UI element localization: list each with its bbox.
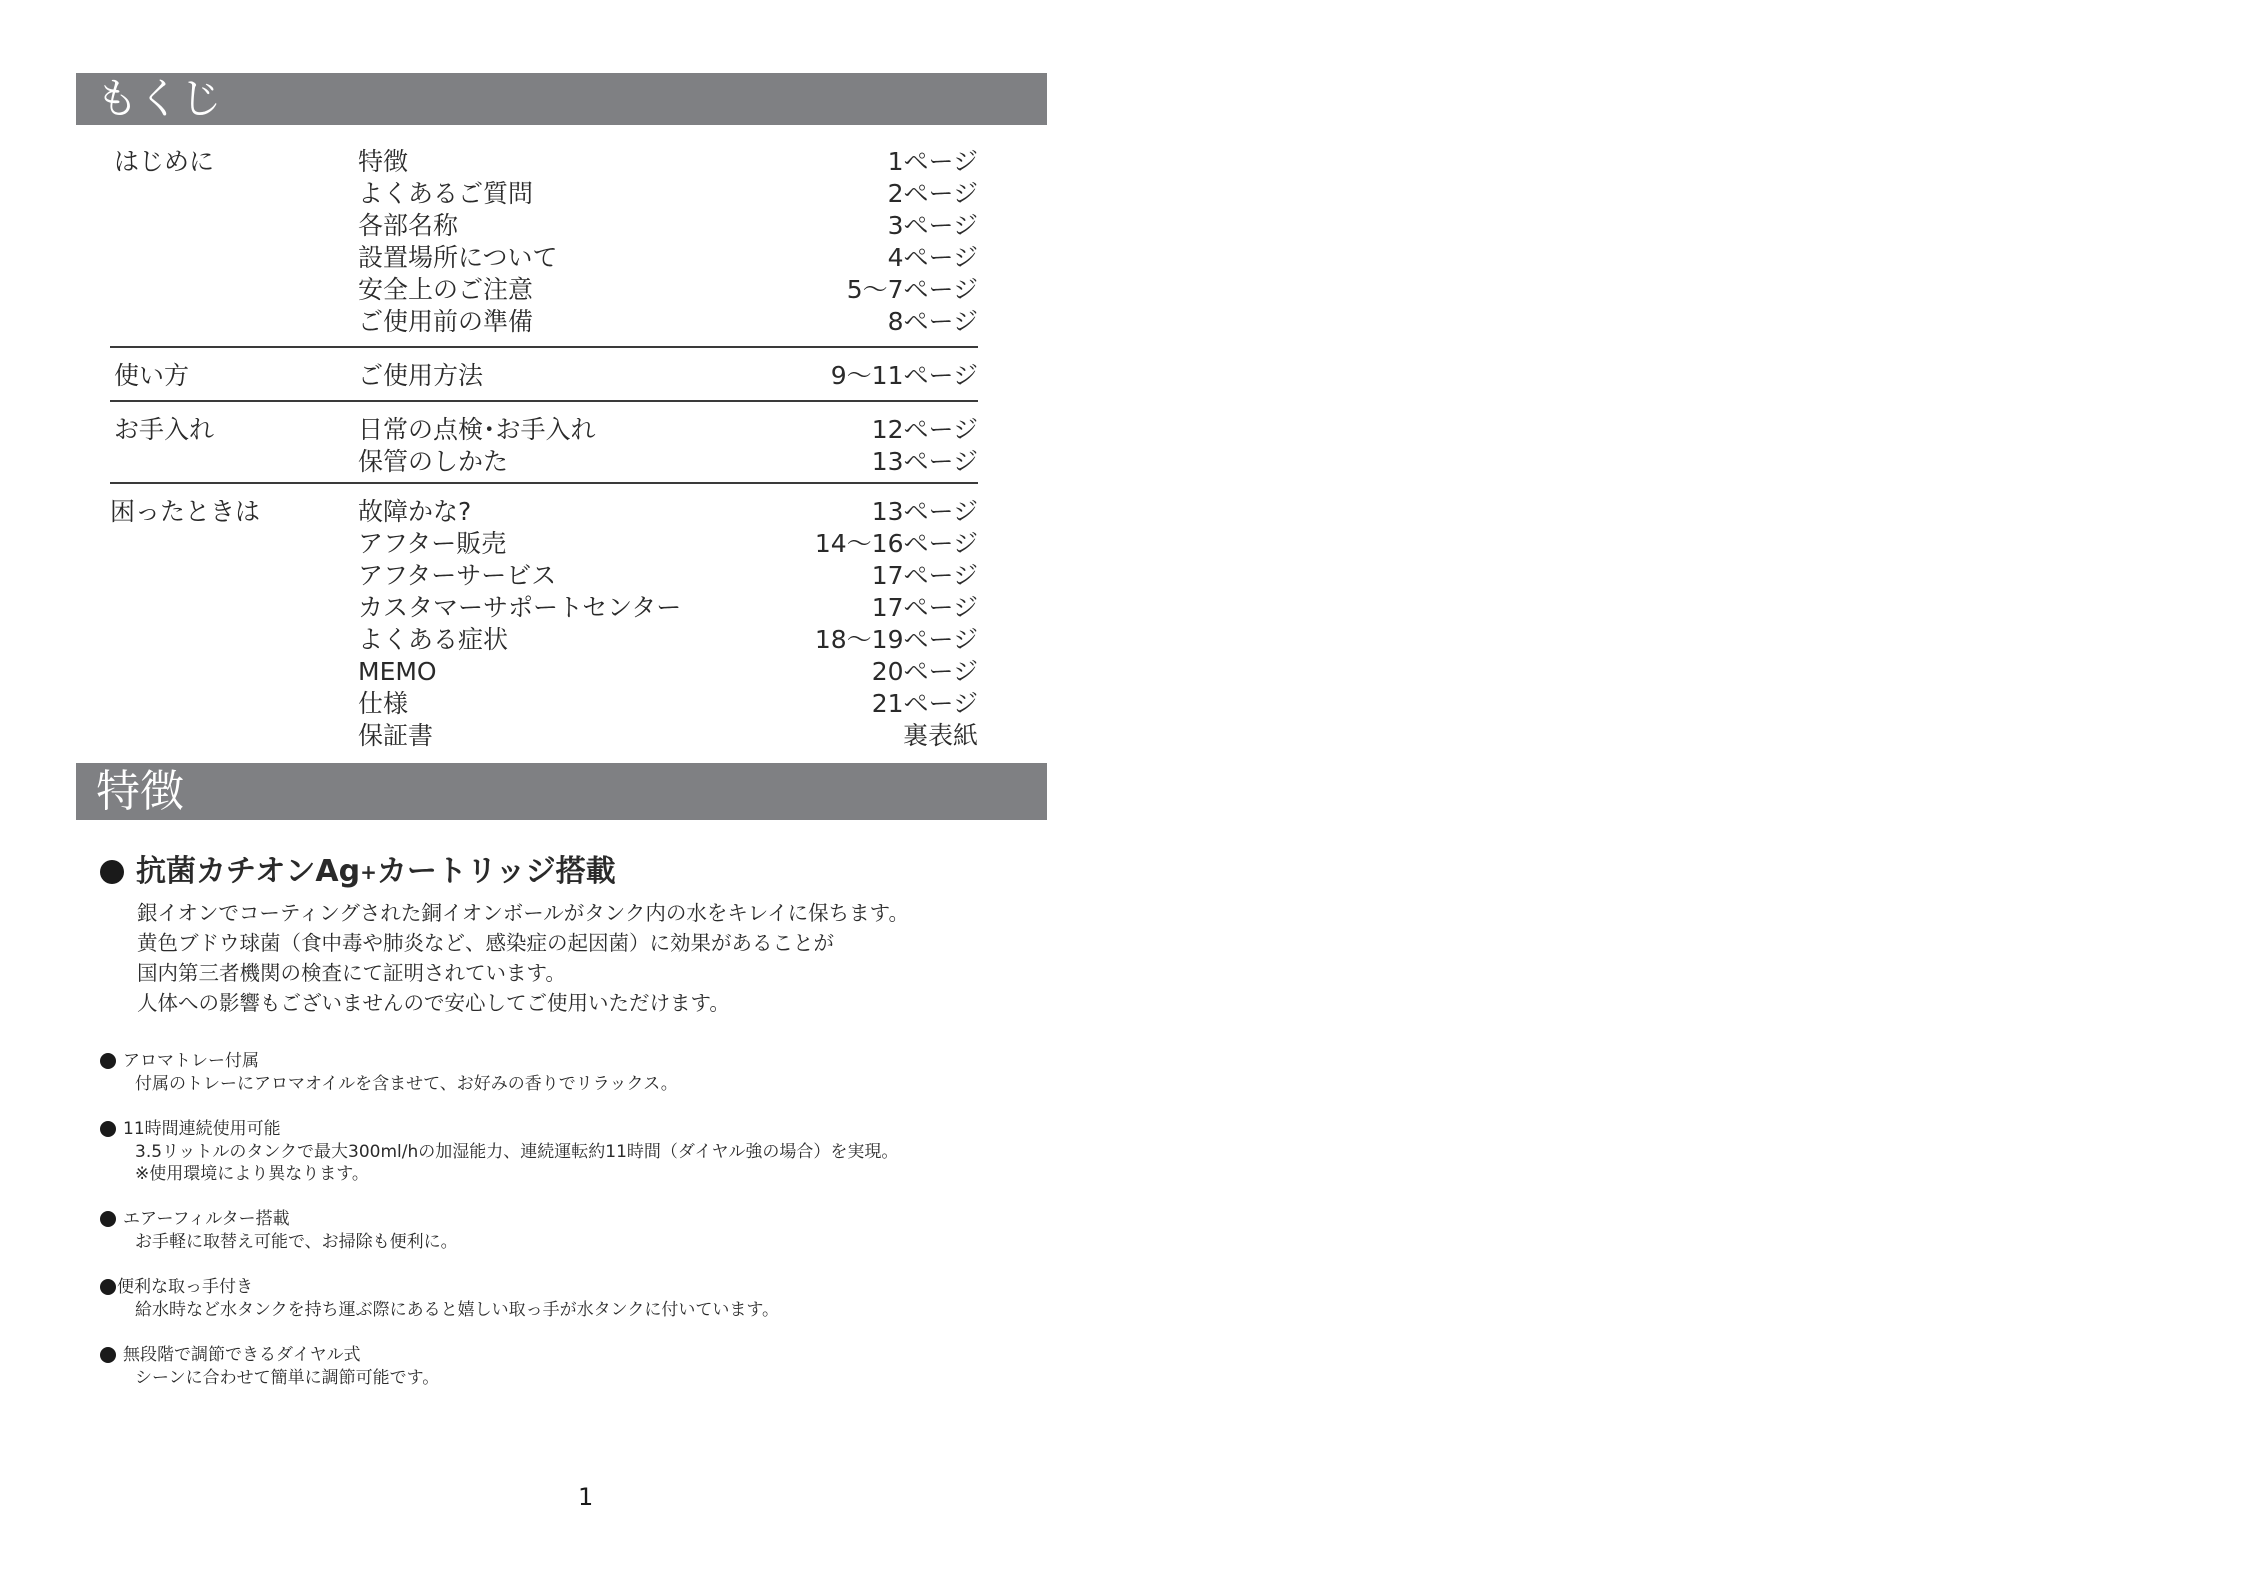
- toc-entry-label: MEMO: [358, 656, 437, 688]
- feature-heading-row: エアーフィルター搭載: [100, 1207, 1060, 1231]
- toc-category: お手入れ: [114, 414, 214, 446]
- toc-entry-label: 設置場所について: [358, 242, 558, 274]
- toc-category: はじめに: [114, 146, 214, 178]
- feature-list: アロマトレー付属 付属のトレーにアロマオイルを含ませて、お好みの香りでリラックス…: [100, 1049, 1060, 1411]
- toc-group-introduction: はじめに 特徴1ページ よくあるご質問2ページ 各部名称3ページ 設置場所につい…: [110, 138, 978, 348]
- toc-entry-page: 14〜16ページ: [815, 528, 978, 560]
- bullet-icon: [100, 1211, 116, 1227]
- toc-entry-page: 17ページ: [872, 560, 978, 592]
- toc-entry[interactable]: アフターサービス17ページ: [358, 560, 978, 592]
- feature-heading: アロマトレー付属: [123, 1049, 259, 1073]
- toc-entry-page: 21ページ: [872, 688, 978, 720]
- feature-heading: エアーフィルター搭載: [123, 1207, 290, 1231]
- toc-entry-label: 保証書: [358, 720, 433, 752]
- toc-entry-label: 日常の点検･お手入れ: [358, 414, 596, 446]
- toc-entry[interactable]: 保管のしかた13ページ: [358, 446, 978, 478]
- toc-entry[interactable]: 設置場所について4ページ: [358, 242, 978, 274]
- feature-heading-row: アロマトレー付属: [100, 1049, 1060, 1073]
- toc-entry[interactable]: ご使用前の準備8ページ: [358, 306, 978, 338]
- toc-entry[interactable]: ご使用方法9〜11ページ: [358, 360, 978, 392]
- toc-entry-page: 2ページ: [888, 178, 978, 210]
- toc-header-bar: もくじ: [76, 73, 1047, 125]
- feature-item: 11時間連続使用可能 3.5リットルのタンクで最大300ml/hの加湿能力、連続…: [100, 1117, 1060, 1185]
- toc-entry-label: よくあるご質問: [358, 178, 533, 210]
- feature-item: アロマトレー付属 付属のトレーにアロマオイルを含ませて、お好みの香りでリラックス…: [100, 1049, 1060, 1095]
- feature-heading-row: 無段階で調節できるダイヤル式: [100, 1343, 1060, 1367]
- feature-note: ※使用環境により異なります。: [135, 1163, 1060, 1185]
- toc-entry-page: 裏表紙: [903, 720, 978, 752]
- toc-entry-page: 13ページ: [872, 446, 978, 478]
- toc-entry-label: 安全上のご注意: [358, 274, 533, 306]
- toc-entry[interactable]: 保証書裏表紙: [358, 720, 978, 752]
- toc-entry-label: アフター販売: [358, 528, 506, 560]
- main-feature-heading-sup: +: [360, 852, 377, 892]
- toc-entry-page: 9〜11ページ: [831, 360, 978, 392]
- toc-entry-label: 仕様: [358, 688, 408, 720]
- bullet-icon: [100, 1347, 116, 1363]
- main-feature-line: 銀イオンでコーティングされた銅イオンボールがタンク内の水をキレイに保ちます。: [137, 898, 1060, 928]
- table-of-contents: はじめに 特徴1ページ よくあるご質問2ページ 各部名称3ページ 設置場所につい…: [110, 138, 978, 752]
- feature-desc: 給水時など水タンクを持ち運ぶ際にあると嬉しい取っ手が水タンクに付いています。: [135, 1299, 1060, 1321]
- toc-entry[interactable]: アフター販売14〜16ページ: [358, 528, 978, 560]
- toc-entry-page: 20ページ: [872, 656, 978, 688]
- toc-entry-page: 1ページ: [888, 146, 978, 178]
- toc-entry[interactable]: 仕様21ページ: [358, 688, 978, 720]
- toc-entry-page: 18〜19ページ: [815, 624, 978, 656]
- feature-heading: 便利な取っ手付き: [117, 1275, 253, 1299]
- toc-category: 使い方: [114, 360, 189, 392]
- feature-heading-row: 11時間連続使用可能: [100, 1117, 1060, 1141]
- toc-entry[interactable]: 特徴1ページ: [358, 146, 978, 178]
- feature-desc: シーンに合わせて簡単に調節可能です。: [135, 1367, 1060, 1389]
- toc-entry[interactable]: よくある症状18〜19ページ: [358, 624, 978, 656]
- main-feature-heading-pre: 抗菌カチオンAg: [136, 852, 360, 892]
- feature-heading: 11時間連続使用可能: [123, 1117, 281, 1141]
- main-feature-line: 国内第三者機関の検査にて証明されています。: [137, 958, 1060, 988]
- main-feature-heading-post: カートリッジ搭載: [377, 852, 616, 892]
- toc-entry[interactable]: MEMO20ページ: [358, 656, 978, 688]
- toc-entry[interactable]: カスタマーサポートセンター17ページ: [358, 592, 978, 624]
- bullet-icon: [100, 860, 124, 884]
- feature-item: 無段階で調節できるダイヤル式 シーンに合わせて簡単に調節可能です。: [100, 1343, 1060, 1389]
- feature-item: 便利な取っ手付き 給水時など水タンクを持ち運ぶ際にあると嬉しい取っ手が水タンクに…: [100, 1275, 1060, 1321]
- toc-entry-page: 8ページ: [888, 306, 978, 338]
- toc-entry-label: 故障かな?: [358, 496, 471, 528]
- features-title: 特徴: [96, 766, 184, 817]
- bullet-icon: [100, 1053, 116, 1069]
- main-feature-line: 黄色ブドウ球菌（食中毒や肺炎など、感染症の起因菌）に効果があることが: [137, 928, 1060, 958]
- toc-entry-label: ご使用前の準備: [358, 306, 533, 338]
- toc-entry-page: 4ページ: [888, 242, 978, 274]
- toc-category: 困ったときは: [110, 496, 260, 528]
- feature-desc: お手軽に取替え可能で、お掃除も便利に。: [135, 1231, 1060, 1253]
- bullet-icon: [100, 1279, 116, 1295]
- toc-entry[interactable]: 日常の点検･お手入れ12ページ: [358, 414, 978, 446]
- toc-entry[interactable]: よくあるご質問2ページ: [358, 178, 978, 210]
- toc-title: もくじ: [96, 74, 222, 123]
- feature-heading-row: 便利な取っ手付き: [100, 1275, 1060, 1299]
- toc-entry-page: 3ページ: [888, 210, 978, 242]
- toc-entry-page: 13ページ: [872, 496, 978, 528]
- toc-entry-page: 17ページ: [872, 592, 978, 624]
- toc-group-troubleshooting: 困ったときは 故障かな?13ページ アフター販売14〜16ページ アフターサービ…: [110, 484, 978, 752]
- feature-heading: 無段階で調節できるダイヤル式: [123, 1343, 361, 1367]
- toc-entry-label: 特徴: [358, 146, 408, 178]
- toc-entry-label: よくある症状: [358, 624, 508, 656]
- toc-entry-page: 5〜7ページ: [847, 274, 978, 306]
- feature-item: エアーフィルター搭載 お手軽に取替え可能で、お掃除も便利に。: [100, 1207, 1060, 1253]
- bullet-icon: [100, 1121, 116, 1137]
- main-feature: 抗菌カチオンAg+カートリッジ搭載 銀イオンでコーティングされた銅イオンボールが…: [100, 852, 1060, 1018]
- toc-entry[interactable]: 安全上のご注意5〜7ページ: [358, 274, 978, 306]
- toc-entry-label: 保管のしかた: [358, 446, 508, 478]
- features-header-bar: 特徴: [76, 763, 1047, 820]
- toc-entry-page: 12ページ: [872, 414, 978, 446]
- main-feature-heading: 抗菌カチオンAg+カートリッジ搭載: [100, 852, 1060, 892]
- toc-entry-label: 各部名称: [358, 210, 458, 242]
- main-feature-line: 人体への影響もございませんので安心してご使用いただけます。: [137, 988, 1060, 1018]
- toc-entry-label: カスタマーサポートセンター: [358, 592, 681, 624]
- toc-entry-label: アフターサービス: [358, 560, 556, 592]
- toc-group-maintenance: お手入れ 日常の点検･お手入れ12ページ 保管のしかた13ページ: [110, 402, 978, 484]
- page-number: 1: [578, 1484, 593, 1510]
- feature-desc: 付属のトレーにアロマオイルを含ませて、お好みの香りでリラックス。: [135, 1073, 1060, 1095]
- feature-desc: 3.5リットルのタンクで最大300ml/hの加湿能力、連続運転約11時間（ダイヤ…: [135, 1141, 1060, 1163]
- toc-entry-label: ご使用方法: [358, 360, 483, 392]
- toc-entry[interactable]: 各部名称3ページ: [358, 210, 978, 242]
- toc-group-usage: 使い方 ご使用方法9〜11ページ: [110, 348, 978, 402]
- toc-entry[interactable]: 故障かな?13ページ: [358, 496, 978, 528]
- main-feature-body: 銀イオンでコーティングされた銅イオンボールがタンク内の水をキレイに保ちます。 黄…: [137, 898, 1060, 1018]
